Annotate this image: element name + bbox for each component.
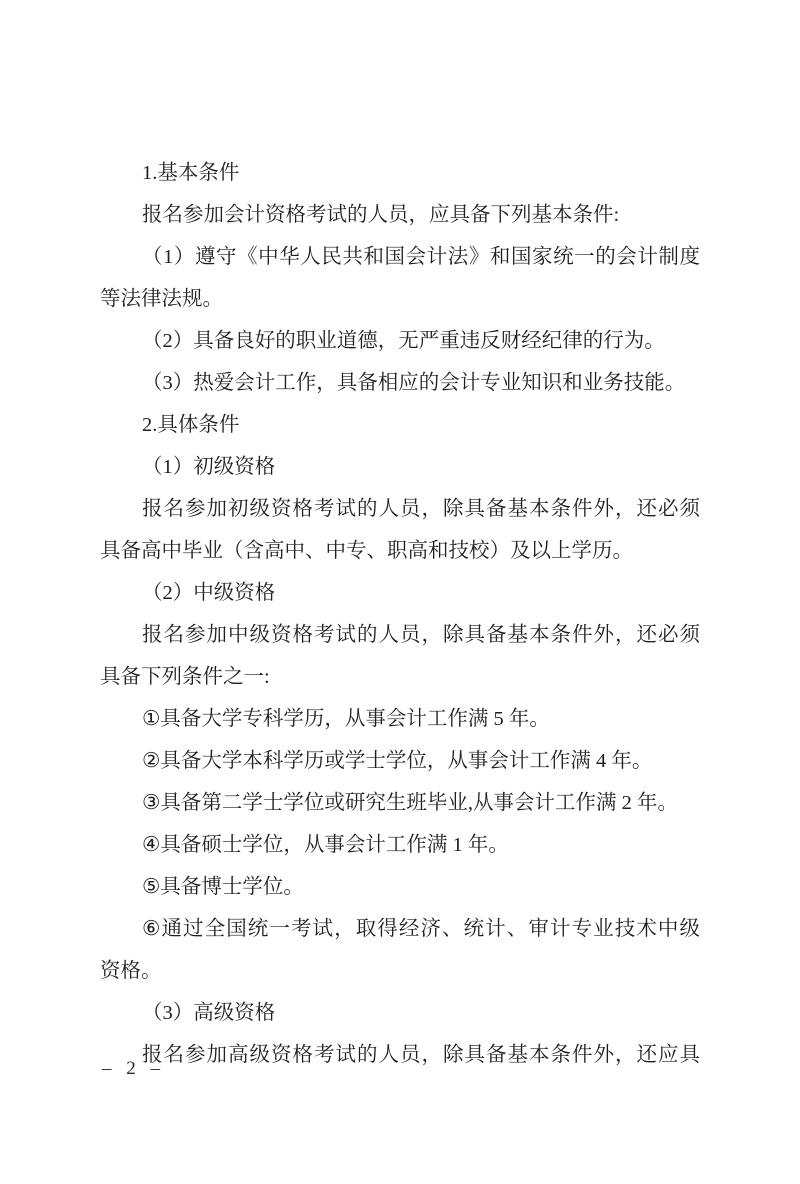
text-line: 具备下列条件之一:	[100, 656, 700, 698]
text-line: 报名参加高级资格考试的人员，除具备基本条件外，还应具	[100, 1034, 700, 1076]
text-line: 报名参加会计资格考试的人员，应具备下列基本条件:	[100, 194, 700, 236]
text-line: ④具备硕士学位，从事会计工作满 1 年。	[100, 824, 700, 866]
text-line: （2）中级资格	[100, 572, 700, 614]
text-line: （3）高级资格	[100, 992, 700, 1034]
text-line: ②具备大学本科学历或学士学位，从事会计工作满 4 年。	[100, 740, 700, 782]
text-line: ⑥通过全国统一考试，取得经济、统计、审计专业技术中级	[100, 908, 700, 950]
document-page: 1.基本条件 报名参加会计资格考试的人员，应具备下列基本条件: （1）遵守《中华…	[0, 0, 800, 1184]
text-line: 具备高中毕业（含高中、中专、职高和技校）及以上学历。	[100, 530, 700, 572]
text-line: 报名参加中级资格考试的人员，除具备基本条件外，还必须	[100, 614, 700, 656]
text-line: （2）具备良好的职业道德，无严重违反财经纪律的行为。	[100, 320, 700, 362]
paragraph: 报名参加会计资格考试的人员，应具备下列基本条件:	[100, 194, 700, 236]
paragraph: ⑤具备博士学位。	[100, 866, 700, 908]
text-line: ③具备第二学士学位或研究生班毕业,从事会计工作满 2 年。	[100, 782, 700, 824]
paragraph: 报名参加初级资格考试的人员，除具备基本条件外，还必须 具备高中毕业（含高中、中专…	[100, 488, 700, 572]
paragraph: ①具备大学专科学历，从事会计工作满 5 年。	[100, 698, 700, 740]
paragraph: （1）遵守《中华人民共和国会计法》和国家统一的会计制度 等法律法规。	[100, 236, 700, 320]
text-line: 2.具体条件	[100, 404, 700, 446]
text-line: 报名参加初级资格考试的人员，除具备基本条件外，还必须	[100, 488, 700, 530]
text-line: ①具备大学专科学历，从事会计工作满 5 年。	[100, 698, 700, 740]
paragraph: 2.具体条件	[100, 404, 700, 446]
text-line: 等法律法规。	[100, 278, 700, 320]
paragraph: （3）高级资格	[100, 992, 700, 1034]
text-line: （1）初级资格	[100, 446, 700, 488]
text-line: （3）热爱会计工作，具备相应的会计专业知识和业务技能。	[100, 362, 700, 404]
text-line: 1.基本条件	[100, 152, 700, 194]
paragraph: ③具备第二学士学位或研究生班毕业,从事会计工作满 2 年。	[100, 782, 700, 824]
paragraph: ④具备硕士学位，从事会计工作满 1 年。	[100, 824, 700, 866]
page-number: – 2 –	[102, 1058, 165, 1080]
paragraph: 报名参加中级资格考试的人员，除具备基本条件外，还必须 具备下列条件之一:	[100, 614, 700, 698]
paragraph: 报名参加高级资格考试的人员，除具备基本条件外，还应具	[100, 1034, 700, 1076]
text-line: ⑤具备博士学位。	[100, 866, 700, 908]
paragraph: 1.基本条件	[100, 152, 700, 194]
text-line: （1）遵守《中华人民共和国会计法》和国家统一的会计制度	[100, 236, 700, 278]
paragraph: （1）初级资格	[100, 446, 700, 488]
paragraph: （2）中级资格	[100, 572, 700, 614]
paragraph: ⑥通过全国统一考试，取得经济、统计、审计专业技术中级 资格。	[100, 908, 700, 992]
paragraph: （3）热爱会计工作，具备相应的会计专业知识和业务技能。	[100, 362, 700, 404]
paragraph: ②具备大学本科学历或学士学位，从事会计工作满 4 年。	[100, 740, 700, 782]
document-body: 1.基本条件 报名参加会计资格考试的人员，应具备下列基本条件: （1）遵守《中华…	[100, 152, 700, 1076]
paragraph: （2）具备良好的职业道德，无严重违反财经纪律的行为。	[100, 320, 700, 362]
text-line: 资格。	[100, 950, 700, 992]
